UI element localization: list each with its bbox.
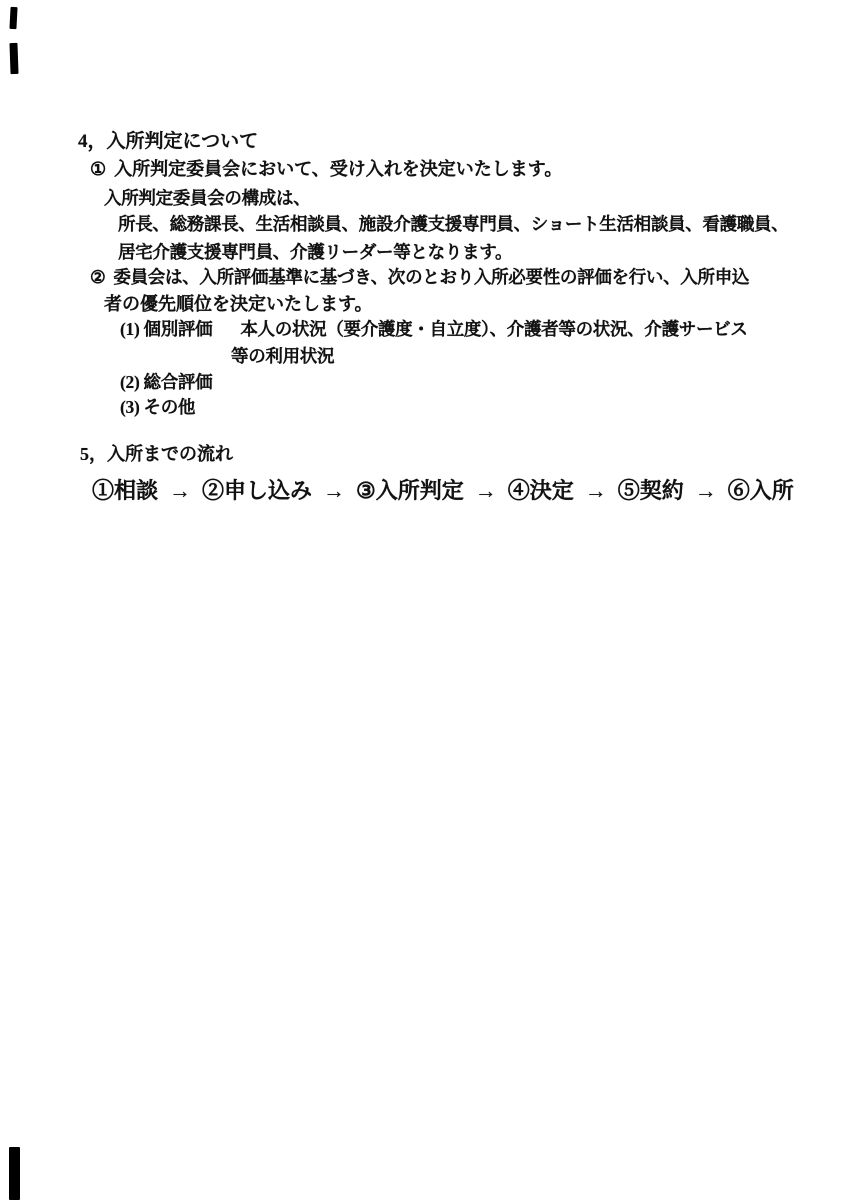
- item2-circled-number: ②: [90, 267, 105, 287]
- item1-circled-number: ①: [90, 159, 106, 179]
- evaluation-1-marker: (1): [120, 319, 140, 339]
- flow-step-2: ②申し込み: [202, 478, 312, 503]
- evaluation-3-marker: (3): [120, 397, 140, 417]
- section4-members-line1: 所長、総務課長、生活相談員、施設介護支援専門員、ショート生活相談員、看護職員、: [118, 214, 788, 234]
- flow-arrow-icon: →: [475, 478, 497, 503]
- section4-item2-line2: 者の優先順位を決定いたします。: [104, 294, 373, 315]
- flow-step-3: ③入所判定: [356, 478, 464, 503]
- flow-step-5: ⑤契約: [618, 478, 684, 503]
- evaluation-2-label: 総合評価: [144, 372, 213, 392]
- evaluation-1-label: 個別評価: [144, 319, 213, 339]
- flow-arrow-icon: →: [169, 478, 191, 503]
- evaluation-3-label: その他: [144, 397, 196, 417]
- item2-text: 委員会は、入所評価基準に基づき、次のとおり入所必要性の評価を行い、入所申込: [113, 267, 749, 287]
- admission-flow-line: ①相談→②申し込み→③入所判定→④決定→⑤契約→⑥入所: [92, 478, 794, 503]
- flow-step-4: ④決定: [508, 478, 574, 503]
- section4-item1-line1: ①入所判定委員会において、受け入れを決定いたします。: [90, 159, 562, 180]
- item1-text: 入所判定委員会において、受け入れを決定いたします。: [114, 159, 562, 179]
- flow-step-6: ⑥入所: [728, 478, 794, 503]
- scanned-document-page: 4，入所判定について ①入所判定委員会において、受け入れを決定いたします。 入所…: [0, 0, 848, 1200]
- scan-artifact-bottom: [9, 1147, 20, 1200]
- scan-artifact-top-2: [9, 43, 18, 74]
- section4-members-line2: 居宅介護支援専門員、介護リーダー等となります。: [118, 242, 512, 262]
- evaluation-row-1: (1)個別評価本人の状況（要介護度・自立度）、介護者等の状況、介護サービス: [120, 319, 748, 339]
- evaluation-row-3: (3)その他: [120, 397, 195, 417]
- evaluation-1-description: 本人の状況（要介護度・自立度）、介護者等の状況、介護サービス: [240, 319, 747, 339]
- evaluation-row-2: (2)総合評価: [120, 372, 212, 392]
- flow-arrow-icon: →: [323, 478, 345, 503]
- section4-item2-line1: ②委員会は、入所評価基準に基づき、次のとおり入所必要性の評価を行い、入所申込: [90, 267, 749, 287]
- flow-arrow-icon: →: [695, 478, 717, 503]
- scan-artifact-top-1: [9, 7, 17, 29]
- section4-item1-line2: 入所判定委員会の構成は、: [104, 188, 310, 208]
- section4-heading: 4，入所判定について: [78, 131, 258, 153]
- evaluation-2-marker: (2): [120, 372, 140, 392]
- flow-arrow-icon: →: [585, 478, 607, 503]
- section5-heading: 5，入所までの流れ: [80, 444, 233, 465]
- evaluation-1-description-cont: 等の利用状況: [231, 346, 334, 366]
- flow-step-1: ①相談: [92, 478, 158, 503]
